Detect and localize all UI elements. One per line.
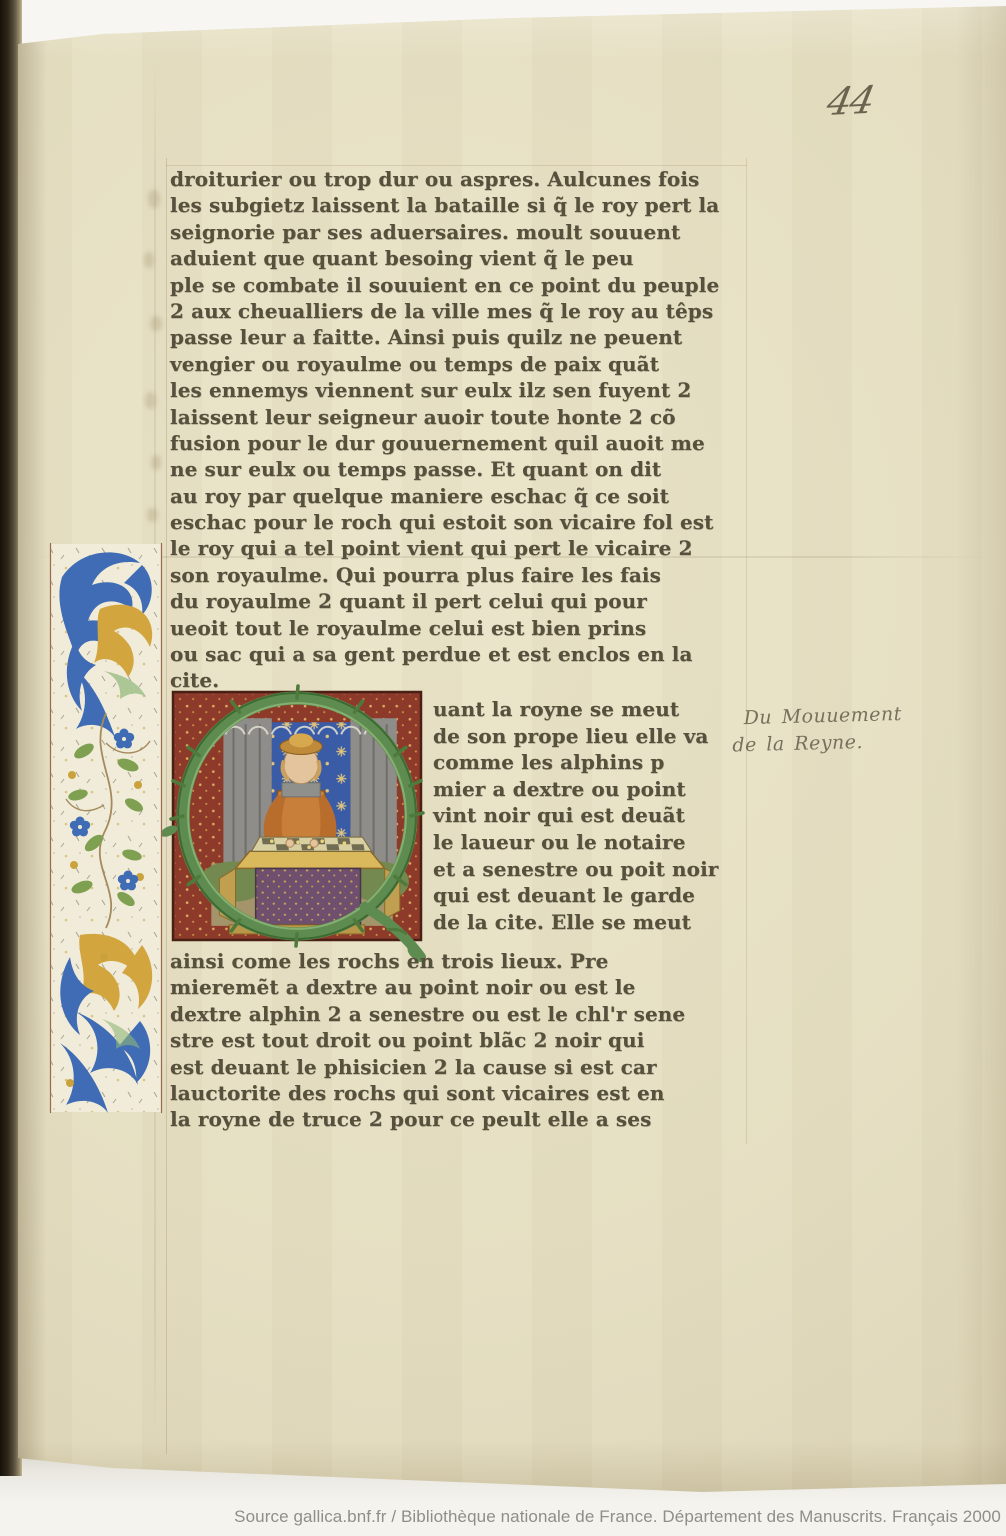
manuscript-line: ou sac qui a sa gent perdue et est enclo… bbox=[170, 641, 756, 667]
gallica-caption-bar: Source gallica.bnf.fr / Bibliothèque nat… bbox=[0, 1500, 1006, 1536]
manuscript-line: la royne de truce 2 pour ce peult elle a… bbox=[170, 1106, 760, 1132]
manuscript-line: ple se combate il souuient en ce point d… bbox=[170, 272, 756, 298]
manuscript-line: ne sur eulx ou temps passe. Et quant on … bbox=[170, 456, 756, 482]
manuscript-line: les ennemys viennent sur eulx ilz sen fu… bbox=[170, 377, 756, 403]
folio-number: 44 bbox=[824, 81, 876, 121]
source-caption: Source gallica.bnf.fr / Bibliothèque nat… bbox=[234, 1507, 1001, 1526]
manuscript-line: fusion pour le dur gouuernement quil auo… bbox=[170, 430, 756, 456]
historiated-initial-q-miniature: Q bbox=[171, 690, 423, 942]
manuscript-line: qui est deuant le garde bbox=[433, 882, 753, 909]
bleedthrough-mark bbox=[144, 252, 154, 268]
manuscript-line: dextre alphin 2 a senestre ou est le chl… bbox=[170, 1001, 760, 1027]
manuscript-line: est deuant le phisicien 2 la cause si es… bbox=[170, 1054, 760, 1080]
left-ruling-line bbox=[166, 158, 167, 1454]
manuscript-line: uant la royne se meut bbox=[433, 696, 753, 723]
manuscript-line: mieremẽt a dextre au point noir ou est l… bbox=[170, 974, 760, 1000]
manuscript-line: ueoit tout le royaulme celui est bien pr… bbox=[170, 615, 756, 641]
manuscript-line: de son prope lieu elle va bbox=[433, 723, 753, 750]
manuscript-line: le roy qui a tel point vient qui pert le… bbox=[170, 535, 756, 561]
miniature-artwork bbox=[171, 690, 423, 942]
manuscript-line: 2 aux cheualliers de la ville mes q̃ le … bbox=[170, 298, 756, 324]
manuscript-line: stre est tout droit ou point blãc 2 noir… bbox=[170, 1027, 760, 1053]
manuscript-line: aduient que quant besoing vient q̃ le pe… bbox=[170, 245, 756, 271]
parchment-page: 44 droiturier ou trop dur ou aspres. Aul… bbox=[12, 0, 1006, 1500]
manuscript-line: passe leur a faitte. Ainsi puis quilz ne… bbox=[170, 324, 756, 350]
bleedthrough-mark bbox=[147, 508, 158, 522]
manuscript-line: et a senestre ou poit noir bbox=[433, 856, 753, 883]
manuscript-line: vengier ou royaulme ou temps de paix quã… bbox=[170, 351, 756, 377]
manuscript-line: laissent leur seigneur auoir toute honte… bbox=[170, 404, 756, 430]
bleedthrough-mark bbox=[148, 190, 160, 208]
manuscript-line: son royaulme. Qui pourra plus faire les … bbox=[170, 562, 756, 588]
manuscript-line: mier a dextre ou point bbox=[433, 776, 753, 803]
manuscript-line: lauctorite des rochs qui sont vicaires e… bbox=[170, 1080, 760, 1106]
manuscript-line: de la cite. Elle se meut bbox=[433, 909, 753, 936]
text-block-main: droiturier ou trop dur ou aspres. Aulcun… bbox=[170, 166, 756, 694]
manuscript-line: comme les alphins p bbox=[433, 749, 753, 776]
text-block-beside-initial: uant la royne se meut de son prope lieu … bbox=[433, 696, 753, 935]
marginal-note-line: de la Reyne. bbox=[732, 726, 985, 760]
floral-border-artwork bbox=[46, 543, 166, 1113]
manuscript-line: ainsi come les rochs en trois lieux. Pre bbox=[170, 948, 760, 974]
floral-border bbox=[46, 543, 166, 1113]
bleedthrough-mark bbox=[151, 455, 161, 470]
bleedthrough-mark bbox=[150, 316, 162, 331]
manuscript-line: du royaulme 2 quant il pert celui qui po… bbox=[170, 588, 756, 614]
text-block-bottom: ainsi come les rochs en trois lieux. Pre… bbox=[170, 948, 760, 1133]
manuscript-line: droiturier ou trop dur ou aspres. Aulcun… bbox=[170, 166, 756, 192]
manuscript-line: vint noir qui est deuãt bbox=[433, 802, 753, 829]
manuscript-line: le laueur ou le notaire bbox=[433, 829, 753, 856]
manuscript-line: au roy par quelque maniere eschac q̃ ce … bbox=[170, 483, 756, 509]
marginal-note: Du Mouuement de la Reyne. bbox=[743, 699, 984, 759]
manuscript-line: les subgietz laissent la bataille si q̃ … bbox=[170, 192, 756, 218]
manuscript-line: eschac pour le roch qui estoit son vicai… bbox=[170, 509, 756, 535]
manuscript-line: seignorie par ses aduersaires. moult sou… bbox=[170, 219, 756, 245]
bleedthrough-mark bbox=[145, 392, 156, 409]
